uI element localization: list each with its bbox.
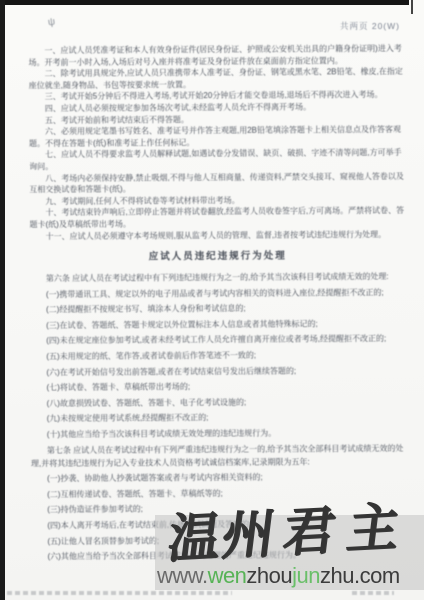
notice-item-7: 七、应试人员不得要求监考人员解释试题,如遇试卷分发错误、缺页、破损、字迹不清等问… bbox=[29, 147, 405, 172]
article6-item-3: (三)在试卷、答题纸、答题卡规定以外位置标注本人信息或者其他特殊标记的; bbox=[30, 317, 406, 332]
watermark-url-segment: zhu bbox=[320, 563, 354, 588]
article6-item-5: (五)未用规定的纸、笔作答,或者试卷前后作答笔迹不一致的; bbox=[30, 348, 406, 363]
footer-faint-text-smudge bbox=[7, 591, 232, 595]
handwritten-corner-mark: ψ bbox=[47, 17, 56, 29]
scan-edge-left bbox=[0, 0, 5, 600]
watermark-char: 君 bbox=[279, 496, 340, 569]
watermark-url-segment: jun bbox=[292, 563, 320, 588]
notice-item-11: 十一、应试人员必须遵守本考场规则,服从监考人员的管理、监督,违者按考试违纪违规行… bbox=[30, 228, 406, 242]
article7-item-1: (一)抄袭、协助他人抄袭试题答案或者与考试内容相关资料的; bbox=[31, 470, 407, 485]
watermark-url: www.wenzhoujunzhu.com bbox=[157, 563, 400, 589]
article7-intro: 第七条 应试人员在考试过程中有下列严重违纪违规行为之一的,给予其当次全部科目考试… bbox=[31, 441, 407, 469]
watermark-url-segment: zhou bbox=[246, 563, 292, 588]
watermark-char: 主 bbox=[343, 492, 404, 565]
notice-item-6: 六、必须用规定笔墨书写姓名、准考证号并作答主观题,用2B铅笔填涂答题卡上相关信息… bbox=[29, 124, 405, 149]
notice-item-1: 一、应试人员凭准考证和本人有效身份证件(居民身份证、护照或公安机关出具的户籍身份… bbox=[28, 43, 404, 68]
section-heading: 应试人员违纪违规行为处理 bbox=[30, 247, 406, 263]
article6-item-7: (七)将试卷、答题卡、草稿纸带出考场的; bbox=[30, 379, 406, 394]
article6-intro: 第六条 应试人员在考试过程中有下列违纪违规行为之一的,给予其当次该科目考试成绩无… bbox=[30, 270, 406, 285]
article6-item-9: (九)未按规定使用考试系统,经提醒拒不改正的; bbox=[31, 410, 407, 425]
scan-edge-tick bbox=[411, 0, 413, 14]
article6-item-6: (六)在考试开始信号发出前答题,或者在考试结束信号发出后继续答题的; bbox=[30, 364, 406, 379]
article6-item-10: (十)其他应当给予当次该科目考试成绩无效处理的违纪违规行为。 bbox=[31, 426, 407, 441]
watermark-char: 州 bbox=[218, 499, 279, 572]
scan-edge-top bbox=[0, 0, 409, 5]
article6-item-2: (二)经提醒拒不按规定书写、填涂本人身份和考试信息的; bbox=[30, 301, 406, 316]
watermark-url-segment: www. bbox=[157, 563, 208, 588]
watermark-url-segment: wen bbox=[208, 563, 247, 588]
article6-item-1: (一)携带通讯工具、规定以外的电子用品或者与考试内容相关的资料进入座位,经提醒拒… bbox=[30, 286, 406, 301]
article6-item-8: (八)故意损毁试卷、答题纸、答题卡、电子化考试设施的; bbox=[31, 395, 407, 410]
notice-item-2: 二、除考试用具规定外,应试人员只准携带本人准考证、身份证、钢笔或黑水笔、2B铅笔… bbox=[29, 66, 405, 91]
page-header-note: 共两页 20(W) bbox=[340, 20, 400, 32]
notice-item-10: 十、考试结束铃声响后,立即停止答题并将试卷翻放,经监考人员收卷签字后,方可离场。… bbox=[29, 205, 405, 230]
notice-item-8: 八、考场内必须保持安静,禁止吸烟,不得与他人互相商量、传递资料,严禁交头接耳、窥… bbox=[29, 170, 405, 195]
document-body: 一、应试人员凭准考证和本人有效身份证件(居民身份证、护照或公安机关出具的户籍身份… bbox=[28, 43, 407, 566]
footer-faint-text-smudge bbox=[352, 591, 394, 595]
scanned-document-page: ψ 共两页 20(W) 一、应试人员凭准考证和本人有效身份证件(居民身份证、护照… bbox=[0, 0, 424, 600]
article6-item-4: (四)未在规定座位参加考试,或者未经考试工作人员允许擅自离开座位或者考场,经提醒… bbox=[30, 332, 406, 347]
watermark-url-segment: .com bbox=[354, 563, 400, 588]
